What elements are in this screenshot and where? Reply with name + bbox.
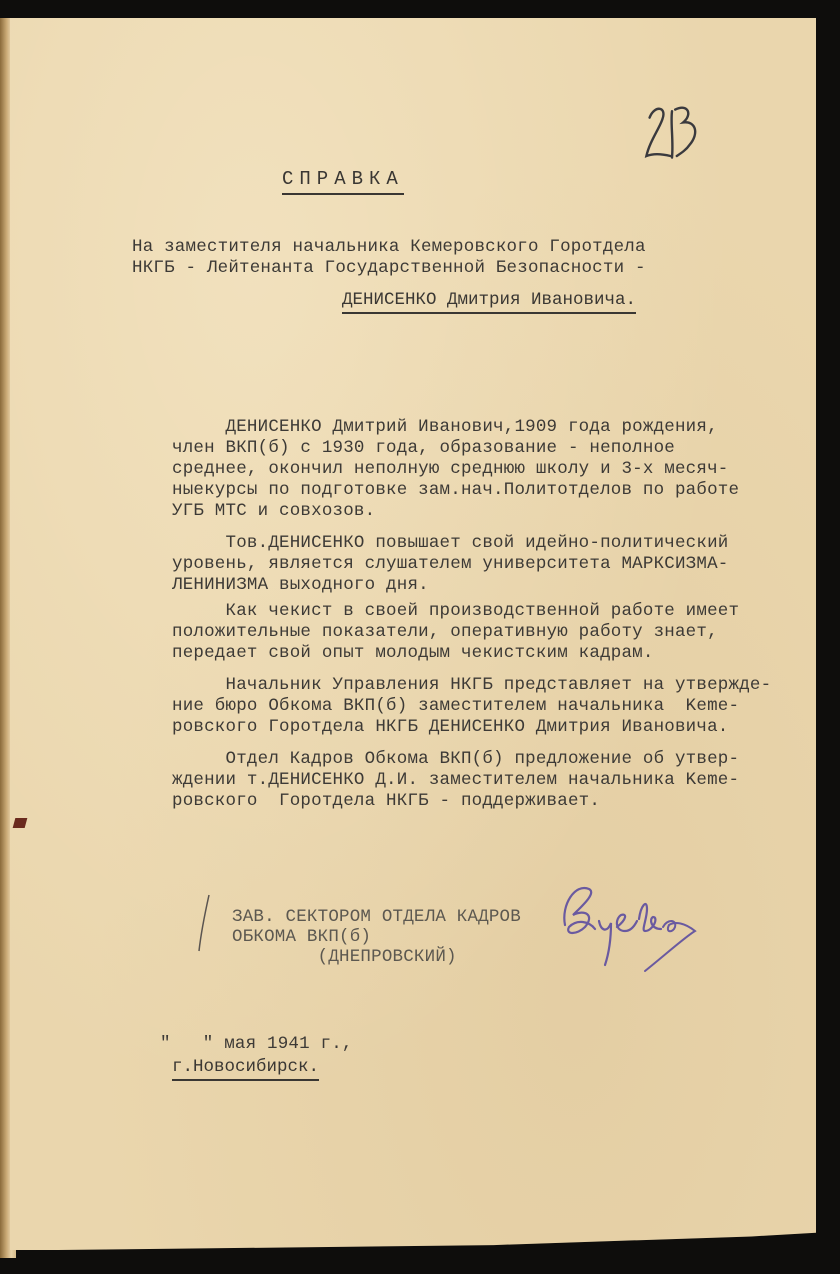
text-line: передает свой опыт молодым чекистским ка… [172,642,654,664]
document-title: СПРАВКА [282,168,404,195]
signatory-title-line-2: ОБКОМА ВКП(б) [232,926,371,948]
date-line: " " мая 1941 г., [160,1033,353,1055]
text-line: УГБ МТС и совхозов. [172,500,375,522]
text-line: ровского Горотдела НКГБ - поддерживает. [172,790,600,812]
subject-line-2: НКГБ - Лейтенанта Государственной Безопа… [132,257,646,279]
text-line: положительные показатели, оперативную ра… [172,621,718,643]
text-line: Начальник Управления НКГБ представляет н… [172,674,771,696]
city-line: г.Новосибирск. [172,1057,319,1081]
margin-pencil-mark [195,893,215,953]
text-line: ныекурсы по подготовке зам.нач.Политотде… [172,479,739,501]
text-line: ждении т.ДЕНИСЕНКО Д.И. заместителем нач… [172,769,739,791]
text-line: среднее, окончил неполную среднюю школу … [172,458,729,480]
text-line: ровского Горотдела НКГБ ДЕНИСЕНКО Дмитри… [172,716,729,738]
text-line: Отдел Кадров Обкома ВКП(б) предложение о… [172,748,739,770]
text-line: ние бюро Обкома ВКП(б) заместителем нача… [172,695,739,717]
handwritten-page-number: 23 [640,92,720,172]
text-line: уровень, является слушателем университет… [172,553,729,575]
text-line: ДЕНИСЕНКО Дмитрий Иванович,1909 года рож… [172,416,718,438]
subject-line-1: На заместителя начальника Кемеровского Г… [132,236,646,258]
text-line: Как чекист в своей производственной рабо… [172,600,739,622]
signatory-name: (ДНЕПРОВСКИЙ) [232,946,457,968]
signatory-title-line-1: ЗАВ. СЕКТОРОМ ОТДЕЛА КАДРОВ [232,906,521,928]
text-line: член ВКП(б) с 1930 года, образование - н… [172,437,675,459]
subject-name: ДЕНИСЕНКО Дмитрия Ивановича. [342,290,636,314]
text-line: ЛЕНИНИЗМА выходного дня. [172,574,429,596]
handwritten-signature: Зуева [555,875,715,975]
text-line: Тов.ДЕНИСЕНКО повышает свой идейно-полит… [172,532,729,554]
